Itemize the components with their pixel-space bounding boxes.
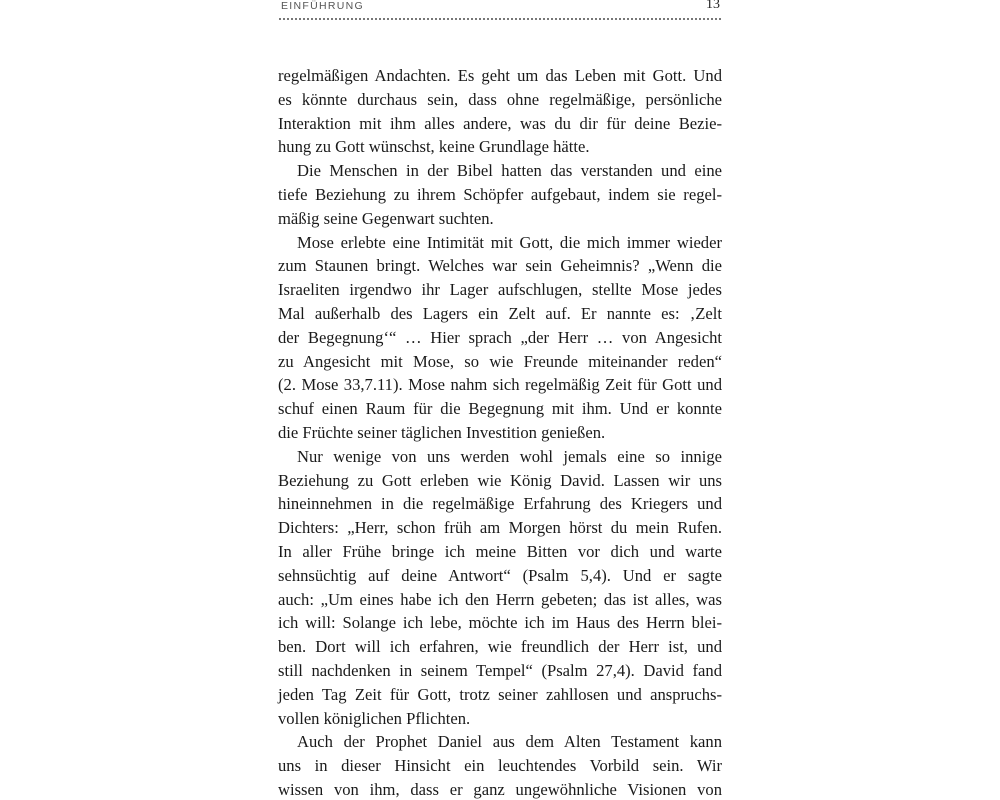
running-head: EINFÜHRUNG 13 (278, 0, 722, 14)
text-line: zum Staunen bringt. Welches war sein Geh… (278, 254, 722, 278)
page-number: 13 (706, 0, 720, 12)
paragraph: Die Menschen in der Bibel hatten das ver… (278, 159, 722, 230)
text-line: Interaktion mit ihm alles andere, was du… (278, 112, 722, 136)
text-line: hung zu Gott wünschst, keine Grundlage h… (278, 135, 722, 159)
body-text: regelmäßigen Andachten. Es geht um das L… (278, 64, 722, 800)
text-line: Beziehung zu Gott erleben wie König Davi… (278, 469, 722, 493)
text-line: still nachdenken in seinem Tempel“ (Psal… (278, 659, 722, 683)
text-line: Dichters: „Herr, schon früh am Morgen hö… (278, 516, 722, 540)
text-line: In aller Frühe bringe ich meine Bitten v… (278, 540, 722, 564)
text-line: Mose erlebte eine Intimität mit Gott, di… (278, 231, 722, 255)
book-page: EINFÜHRUNG 13 regelmäßigen Andachten. Es… (278, 0, 722, 14)
text-line: Auch der Prophet Daniel aus dem Alten Te… (278, 730, 722, 754)
paragraph: Nur wenige von uns werden wohl jemals ei… (278, 445, 722, 731)
paragraph: Mose erlebte eine Intimität mit Gott, di… (278, 231, 722, 445)
text-line: sehnsüchtig auf deine Antwort“ (Psalm 5,… (278, 564, 722, 588)
text-line: Nur wenige von uns werden wohl jemals ei… (278, 445, 722, 469)
text-line: Mal außerhalb des Lagers ein Zelt auf. E… (278, 302, 722, 326)
text-line: Israeliten irgendwo ihr Lager aufschluge… (278, 278, 722, 302)
text-line: die Früchte seiner täglichen Investition… (278, 421, 722, 445)
dotted-rule-divider (278, 18, 722, 20)
text-line: tiefe Beziehung zu ihrem Schöpfer aufgeb… (278, 183, 722, 207)
chapter-title: EINFÜHRUNG (281, 0, 364, 13)
text-line: auch: „Um eines habe ich den Herrn gebet… (278, 588, 722, 612)
text-line: hineinnehmen in die regelmäßige Erfahrun… (278, 492, 722, 516)
text-line: jeden Tag Zeit für Gott, trotz seiner za… (278, 683, 722, 707)
text-line: ben. Dort will ich erfahren, wie freundl… (278, 635, 722, 659)
text-line: uns in dieser Hinsicht ein leuchtendes V… (278, 754, 722, 778)
text-line: mäßig seine Gegenwart suchten. (278, 207, 722, 231)
text-line: wissen von ihm, dass er ganz ungewöhnlic… (278, 778, 722, 800)
paragraph: regelmäßigen Andachten. Es geht um das L… (278, 64, 722, 159)
text-line: Die Menschen in der Bibel hatten das ver… (278, 159, 722, 183)
text-line: der Begegnung‘“ … Hier sprach „der Herr … (278, 326, 722, 350)
text-line: regelmäßigen Andachten. Es geht um das L… (278, 64, 722, 88)
text-line: es könnte durchaus sein, dass ohne regel… (278, 88, 722, 112)
paragraph: Auch der Prophet Daniel aus dem Alten Te… (278, 730, 722, 800)
text-line: schuf einen Raum für die Begegnung mit i… (278, 397, 722, 421)
text-line: zu Angesicht mit Mose, so wie Freunde mi… (278, 350, 722, 374)
text-line: ich will: Solange ich lebe, möchte ich i… (278, 611, 722, 635)
text-line: (2. Mose 33,7.11). Mose nahm sich regelm… (278, 373, 722, 397)
text-line: vollen königlichen Pflichten. (278, 707, 722, 731)
